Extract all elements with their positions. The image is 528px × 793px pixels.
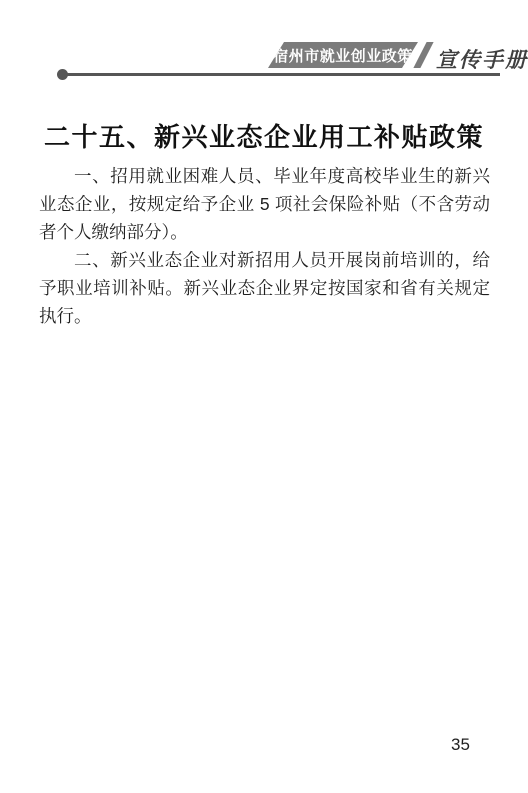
- paragraph-2: 二、新兴业态企业对新招用人员开展岗前培训的，给予职业培训补贴。新兴业态企业界定按…: [39, 246, 490, 330]
- policy-banner-label: 宿州市就业创业政策: [273, 45, 413, 66]
- handbook-label: 宣传手册: [436, 44, 528, 74]
- body-text: 一、招用就业困难人员、毕业年度高校毕业生的新兴业态企业，按规定给予企业 5 项社…: [39, 162, 490, 330]
- paragraph-1: 一、招用就业困难人员、毕业年度高校毕业生的新兴业态企业，按规定给予企业 5 项社…: [39, 162, 490, 246]
- document-page: 宿州市就业创业政策 宣传手册 二十五、新兴业态企业用工补贴政策 一、招用就业困难…: [0, 0, 528, 793]
- header-rule-dot-icon: [57, 69, 68, 80]
- page-number: 35: [451, 735, 470, 755]
- page-title: 二十五、新兴业态企业用工补贴政策: [0, 120, 528, 156]
- policy-banner: 宿州市就业创业政策: [268, 42, 418, 68]
- header-rule: [62, 73, 500, 76]
- banner-slash-icon: [413, 42, 433, 68]
